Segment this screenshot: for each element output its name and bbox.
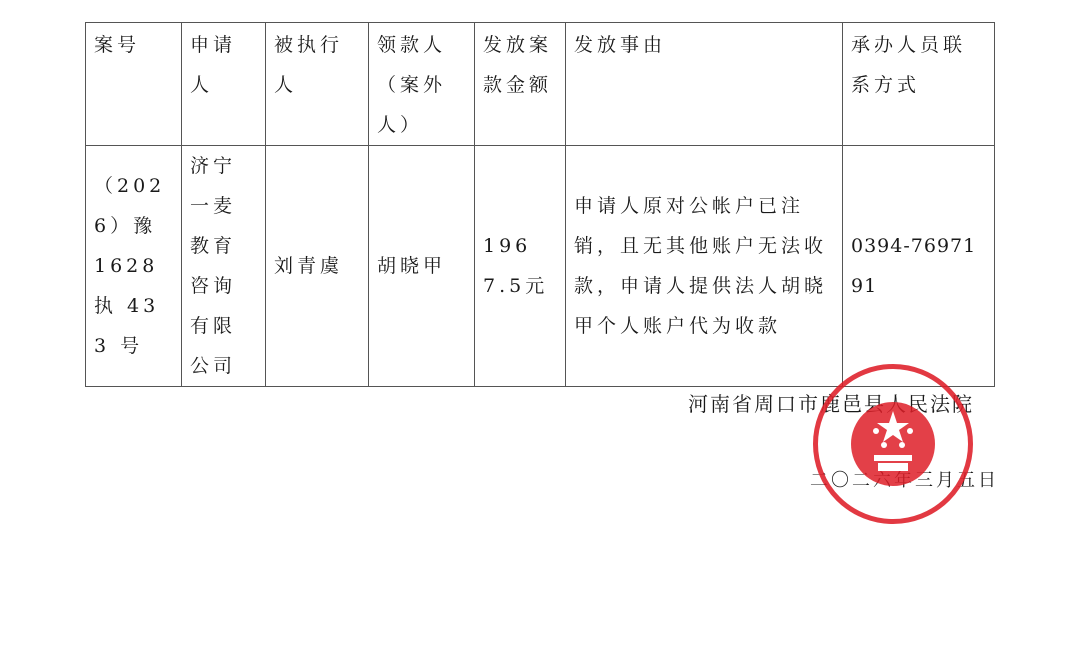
table-row: （2026）豫 1628 执 433 号 济宁一麦教育咨询有限公司 刘青虞 胡晓… bbox=[86, 146, 995, 387]
header-contact: 承办人员联系方式 bbox=[843, 23, 995, 146]
header-respondent: 被执行人 bbox=[266, 23, 369, 146]
table-header-row: 案号 申请人 被执行人 领款人（案外人） 发放案款金额 发放事由 承办人员联系方… bbox=[86, 23, 995, 146]
payment-notice-table: 案号 申请人 被执行人 领款人（案外人） 发放案款金额 发放事由 承办人员联系方… bbox=[85, 22, 995, 387]
header-amount: 发放案款金额 bbox=[475, 23, 566, 146]
cell-payee: 胡晓甲 bbox=[369, 146, 475, 387]
cell-reason: 申请人原对公帐户已注销，且无其他账户无法收款，申请人提供法人胡晓甲个人账户代为收… bbox=[566, 146, 843, 387]
header-applicant: 申请人 bbox=[182, 23, 266, 146]
cell-case-number: （2026）豫 1628 执 433 号 bbox=[86, 146, 182, 387]
header-reason: 发放事由 bbox=[566, 23, 843, 146]
cell-applicant: 济宁一麦教育咨询有限公司 bbox=[182, 146, 266, 387]
header-case-number: 案号 bbox=[86, 23, 182, 146]
header-payee: 领款人（案外人） bbox=[369, 23, 475, 146]
signature-date: 二〇二六年三月五日 bbox=[810, 466, 999, 492]
cell-contact: 0394-7697191 bbox=[843, 146, 995, 387]
cell-respondent: 刘青虞 bbox=[266, 146, 369, 387]
cell-amount: 1967.5元 bbox=[475, 146, 566, 387]
court-name: 河南省周口市鹿邑县人民法院 bbox=[688, 388, 974, 417]
